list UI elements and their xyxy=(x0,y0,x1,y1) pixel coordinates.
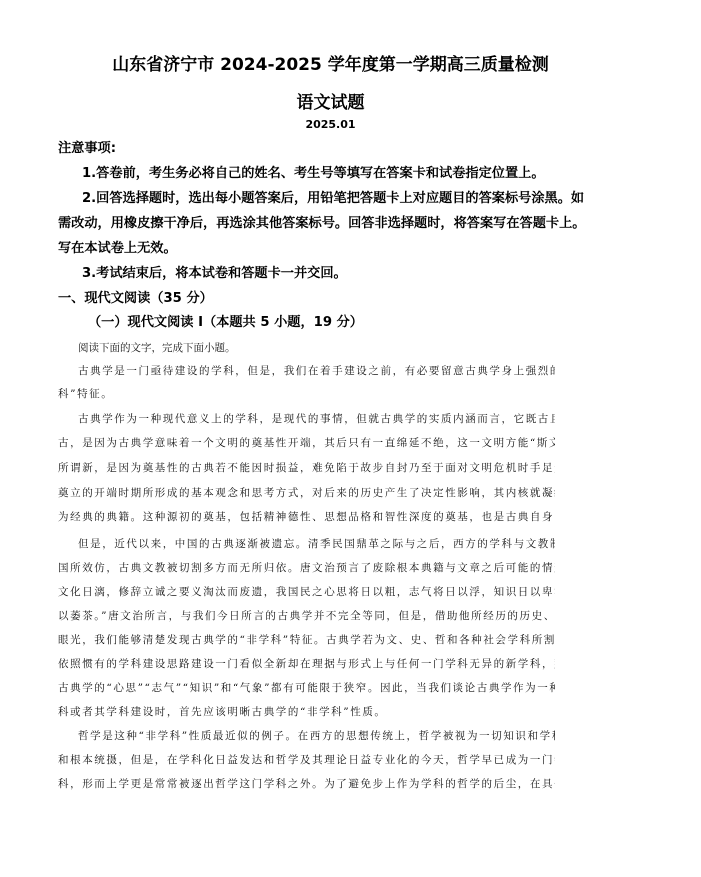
document-page: 山东省济宁市 2024-2025 学年度第一学期高三质量检测 语文试题 2025… xyxy=(0,0,701,877)
passage-line: 和根本统摄，但是，在学科化日益发达和哲学及其理论日益专业化的今天，哲学早已成为一… xyxy=(58,753,555,767)
subject-title: 语文试题 xyxy=(0,88,681,113)
notice-item-3: 3.考试结束后，将本试卷和答题卡一并交回。 xyxy=(82,266,582,282)
passage-line: 哲学是这种“非学科”性质最近似的例子。在西方的思想传统上，哲学被视为一切知识和学… xyxy=(78,729,555,743)
exam-title: 山东省济宁市 2024-2025 学年度第一学期高三质量检测 xyxy=(0,50,681,75)
reading-instruction: 阅读下面的文字，完成下面小题。 xyxy=(78,340,236,355)
passage-line: 以萎茶。”唐文治所言，与我们今日所言的古典学并不完全等同，但是，借助他所经历的历… xyxy=(58,609,555,623)
passage-line: 但是，近代以来，中国的古典逐渐被遗忘。清季民国鼎革之际与之后，西方的学科与文教制… xyxy=(78,537,555,551)
notice-item-1: 1.答卷前，考生务必将自己的姓名、考生号等填写在答案卡和试卷指定位置上。 xyxy=(82,166,582,182)
notice-item-2-cont: 需改动，用橡皮擦干净后，再选涂其他答案标号。回答非选择题时，将答案写在答题卡上。 xyxy=(58,216,558,232)
passage-line: 科，形而上学更是常常被逐出哲学这门学科之外。为了避免步上作为学科的哲学的后尘，在… xyxy=(58,777,555,791)
passage-line: 古，是因为古典学意味着一个文明的奠基性开端，其后只有一直绵延不绝，这一文明方能“… xyxy=(58,436,555,450)
passage-line: 所谓新，是因为奠基性的古典若不能因时损益，难免陷于故步自封乃至于面对文明危机时手… xyxy=(58,461,555,475)
exam-date: 2025.01 xyxy=(0,118,681,131)
section-heading: 一、现代文阅读（35 分） xyxy=(58,291,558,307)
passage-line: 古典学作为一种现代意义上的学科，是现代的事情，但就古典学的实质内涵而言，它既古且… xyxy=(78,412,555,426)
passage-line: 依照惯有的学科建设思路建设一门看似全新却在理据与形式上与任何一门学科无异的新学科… xyxy=(58,657,555,671)
passage-line: 文化日漓，修辞立诚之要义淘汰而废遗，我国民之心思将日以粗，志气将日以浮，知识日以… xyxy=(58,585,555,599)
passage-line: 古典学是一门亟待建设的学科，但是，我们在着手建设之前，有必要留意古典学身上强烈的… xyxy=(78,364,555,378)
notice-item-2: 2.回答选择题时，选出每小题答案后，用铅笔把答题卡上对应题目的答案标号涂黑。如 xyxy=(82,191,582,207)
notice-item-2-end: 写在本试卷上无效。 xyxy=(58,241,558,257)
passage-line: 科或者其学科建设时，首先应该明晰古典学的“非学科”性质。 xyxy=(58,705,555,719)
passage-line: 为经典的典籍。这种源初的奠基，包括精神德性、思想品格和智性深度的奠基，也是古典自… xyxy=(58,510,555,524)
passage-line: 国所效仿，古典文教被切割多方而无所归依。唐文治预言了废除根本典籍与文章之后可能的… xyxy=(58,561,555,575)
section-subheading: （一）现代文阅读 I（本题共 5 小题，19 分） xyxy=(88,315,588,331)
notice-heading: 注意事项: xyxy=(58,141,558,157)
passage-line: 科”特征。 xyxy=(58,387,555,401)
passage-line: 奠立的开端时期所形成的基本观念和思考方式，对后来的历史产生了决定性影响，其内核就… xyxy=(58,486,555,500)
passage-line: 古典学的“心思”“志气”“知识”和“气象”都有可能限于狭窄。因此，当我们谈论古典… xyxy=(58,681,555,695)
passage-line: 眼光，我们能够清楚发现古典学的“非学科”特征。古典学若为文、史、哲和各种社会学科… xyxy=(58,633,555,647)
